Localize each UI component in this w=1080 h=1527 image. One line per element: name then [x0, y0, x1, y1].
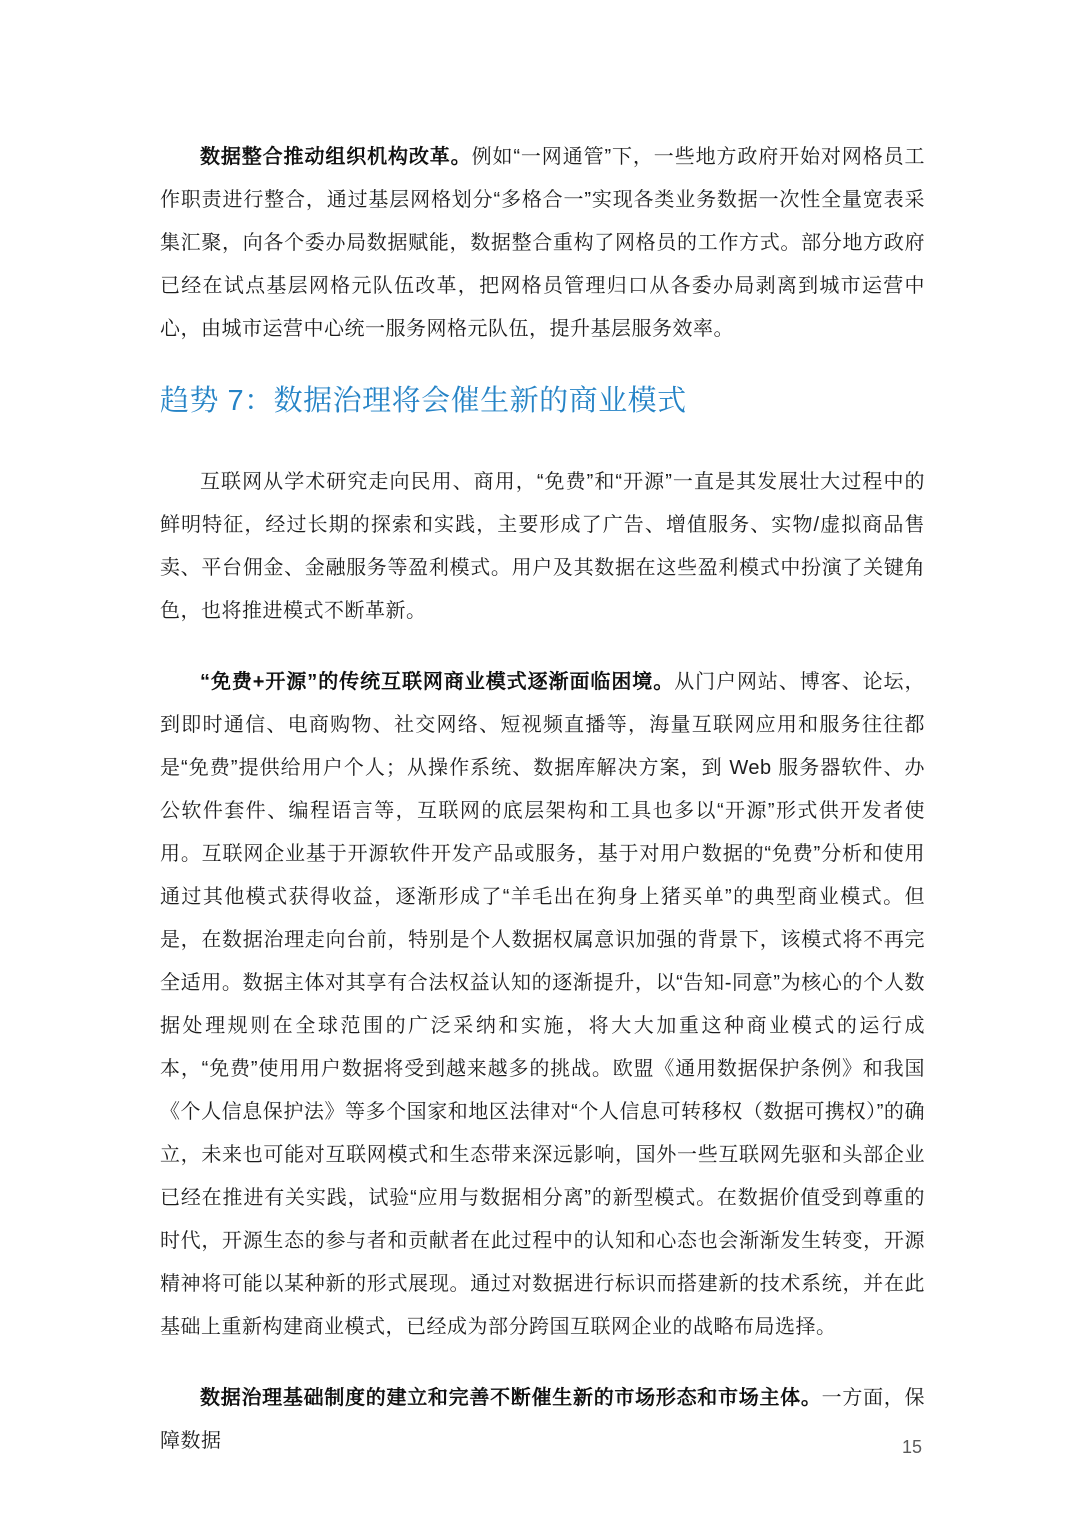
section-heading-trend-7: 趋势 7：数据治理将会催生新的商业模式	[160, 379, 925, 423]
paragraph-internet-business-models: 互联网从学术研究走向民用、商用，“免费”和“开源”一直是其发展壮大过程中的鲜明特…	[160, 461, 925, 633]
paragraph-body-text: 例如“一网通管”下，一些地方政府开始对网格员工作职责进行整合，通过基层网格划分“…	[160, 146, 925, 340]
paragraph-free-opensource-dilemma: “免费+开源”的传统互联网商业模式逐渐面临困境。从门户网站、博客、论坛，到即时通…	[160, 661, 925, 1349]
paragraph-body-text: 从门户网站、博客、论坛，到即时通信、电商购物、社交网络、短视频直播等，海量互联网…	[160, 671, 925, 1338]
paragraph-lead-bold: “免费+开源”的传统互联网商业模式逐渐面临困境。	[200, 671, 674, 693]
paragraph-body-text: 互联网从学术研究走向民用、商用，“免费”和“开源”一直是其发展壮大过程中的鲜明特…	[160, 471, 925, 622]
paragraph-lead-bold: 数据治理基础制度的建立和完善不断催生新的市场形态和市场主体。	[200, 1387, 822, 1409]
page-content: 数据整合推动组织机构改革。例如“一网通管”下，一些地方政府开始对网格员工作职责进…	[160, 136, 925, 1491]
paragraph-data-integration-reform: 数据整合推动组织机构改革。例如“一网通管”下，一些地方政府开始对网格员工作职责进…	[160, 136, 925, 351]
page-number: 15	[902, 1437, 922, 1458]
paragraph-governance-institutions: 数据治理基础制度的建立和完善不断催生新的市场形态和市场主体。一方面，保障数据	[160, 1377, 925, 1463]
document-page: 数据整合推动组织机构改革。例如“一网通管”下，一些地方政府开始对网格员工作职责进…	[0, 0, 1080, 1527]
paragraph-lead-bold: 数据整合推动组织机构改革。	[200, 146, 472, 168]
